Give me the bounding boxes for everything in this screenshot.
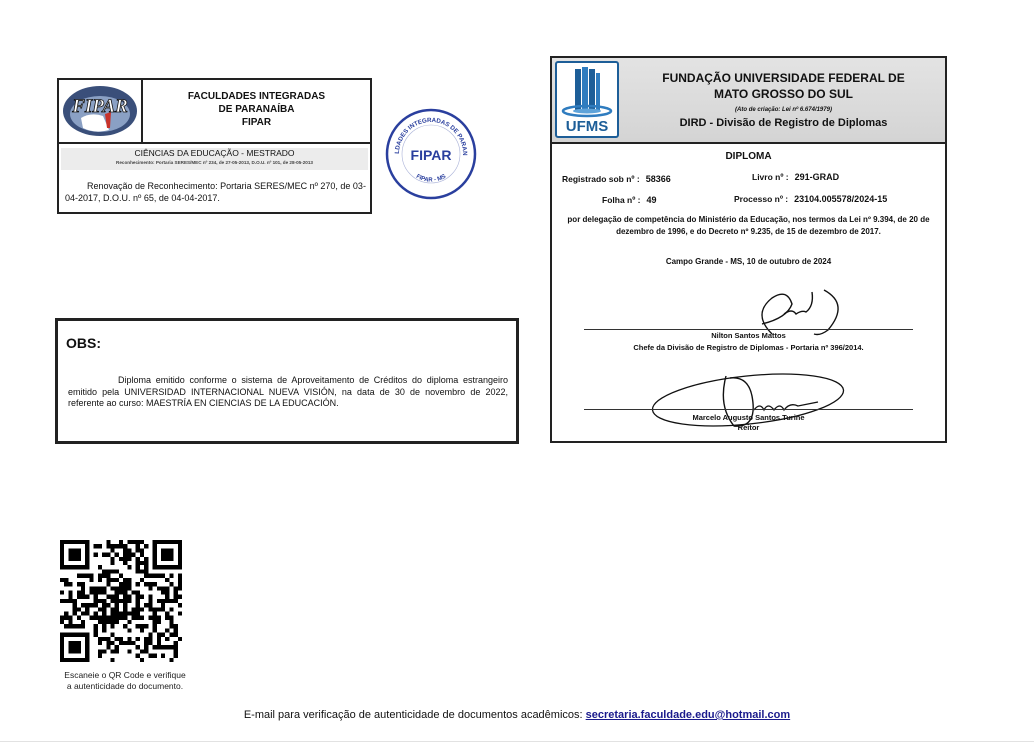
ufms-title: FUNDAÇÃO UNIVERSIDADE FEDERAL DE MATO GR…	[622, 70, 945, 130]
renewal-text: Renovação de Reconhecimento: Portaria SE…	[65, 180, 366, 204]
place-and-date: Campo Grande - MS, 10 de outubro de 2024	[552, 257, 945, 266]
process-number: Processo nº :23104.005578/2024-15	[734, 194, 887, 204]
footer-text: E-mail para verificação de autenticidade…	[244, 709, 586, 721]
division-name: DIRD - Divisão de Registro de Diplomas	[622, 116, 945, 130]
ufms-logo: UFMS	[555, 61, 619, 138]
signature-line-2	[584, 409, 913, 410]
svg-text:FIPAR - MS: FIPAR - MS	[415, 174, 447, 184]
page-number: Folha nº :49	[602, 195, 657, 205]
recognition-text: Reconhecimento: Portaria SERES/MEC nº 23…	[61, 159, 368, 167]
diploma-title: DIPLOMA	[552, 151, 945, 162]
ufms-registration-box: UFMS FUNDAÇÃO UNIVERSIDADE FEDERAL DE MA…	[550, 56, 947, 443]
verification-email-link[interactable]: secretaria.faculdade.edu@hotmail.com	[586, 709, 791, 721]
observations-box: OBS: Diploma emitido conforme o sistema …	[55, 318, 519, 444]
signatory-1-name: Nilton Santos Mattos	[552, 331, 945, 340]
ufms-building-icon: UFMS	[557, 63, 617, 136]
svg-text:FIPAR: FIPAR	[71, 96, 128, 117]
signature-line-1	[584, 329, 913, 330]
svg-text:UFMS: UFMS	[566, 118, 609, 135]
course-band: CIÊNCIAS DA EDUCAÇÃO - MESTRADO Reconhec…	[61, 148, 368, 170]
course-name: CIÊNCIAS DA EDUCAÇÃO - MESTRADO	[61, 148, 368, 159]
qr-caption: Escaneie o QR Code e verifique a autenti…	[40, 670, 210, 692]
ufms-header: UFMS FUNDAÇÃO UNIVERSIDADE FEDERAL DE MA…	[552, 58, 945, 144]
creation-act: (Ato de criação: Lei nº 6.674/1979)	[622, 104, 945, 116]
book-number: Livro nº :291-GRAD	[752, 172, 839, 182]
fipar-header: FIPAR FACULDADES INTEGRADAS DE PARANAÍBA…	[59, 80, 370, 144]
legal-basis-text: por delegação de competência do Ministér…	[556, 214, 941, 238]
fipar-institution-box: FIPAR FACULDADES INTEGRADAS DE PARANAÍBA…	[57, 78, 372, 214]
signatory-2-role: Reitor	[552, 423, 945, 432]
svg-text:FIPAR: FIPAR	[411, 147, 452, 163]
fipar-seal-stamp: FACULDADES INTEGRADAS DE PARANAÍBA FIPAR…	[385, 108, 477, 200]
registry-number: Registrado sob nº :58366	[562, 174, 671, 184]
qr-code[interactable]	[60, 540, 182, 662]
fipar-title: FACULDADES INTEGRADAS DE PARANAÍBA FIPAR	[143, 90, 370, 129]
page-bottom-divider	[0, 741, 1034, 742]
obs-text: Diploma emitido conforme o sistema de Ap…	[68, 375, 508, 410]
obs-label: OBS:	[66, 335, 101, 351]
fipar-logo: FIPAR	[59, 80, 143, 142]
signatory-2-name: Marcelo Augusto Santos Turine	[552, 413, 945, 422]
fipar-logo-icon: FIPAR	[61, 84, 139, 138]
signatory-1-role: Chefe da Divisão de Registro de Diplomas…	[552, 343, 945, 352]
footer-verification: E-mail para verificação de autenticidade…	[0, 709, 1034, 721]
